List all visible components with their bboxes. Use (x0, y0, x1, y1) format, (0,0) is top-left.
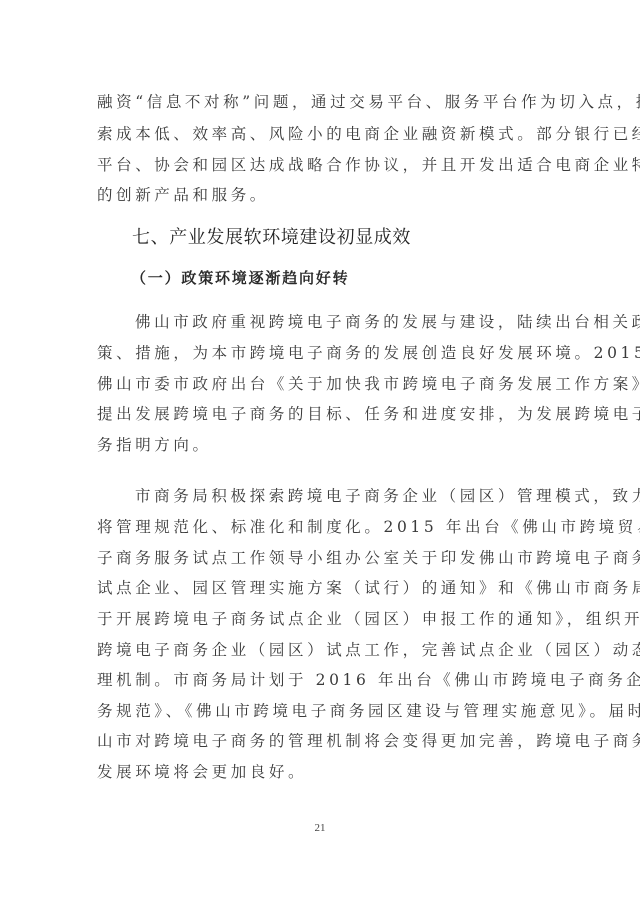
paragraph-line: 发展环境将会更加良好。 (97, 762, 547, 782)
paragraph-line: 将管理规范化、标准化和制度化。2015 年出台《佛山市跨境贸易电 (97, 517, 547, 537)
paragraph-line: 提出发展跨境电子商务的目标、任务和进度安排，为发展跨境电子商 (97, 404, 547, 424)
paragraph-line: 务规范》、《佛山市跨境电子商务园区建设与管理实施意见》。届时佛 (97, 701, 547, 721)
paragraph-line: 子商务服务试点工作领导小组办公室关于印发佛山市跨境电子商务 (97, 548, 547, 568)
paragraph-line: 融资“信息不对称”问题，通过交易平台、服务平台作为切入点，探 (97, 92, 547, 112)
paragraph-line: 市商务局积极探索跨境电子商务企业（园区）管理模式，致力于 (135, 486, 585, 506)
paragraph-line: 山市对跨境电子商务的管理机制将会变得更加完善，跨境电子商务的 (97, 731, 547, 751)
paragraph-line: 佛山市委市政府出台《关于加快我市跨境电子商务发展工作方案》， (97, 374, 547, 394)
paragraph-line: 于开展跨境电子商务试点企业（园区）申报工作的通知》，组织开展 (97, 609, 547, 629)
paragraph-line: 策、措施，为本市跨境电子商务的发展创造良好发展环境。2015 年 (97, 343, 547, 363)
paragraph-line: 的创新产品和服务。 (97, 185, 547, 205)
paragraph-line: 索成本低、效率高、风险小的电商企业融资新模式。部分银行已经与 (97, 124, 547, 144)
paragraph-line: 跨境电子商务企业（园区）试点工作，完善试点企业（园区）动态管 (97, 640, 547, 660)
subsection-heading: （一）政策环境逐渐趋向好转 (131, 268, 349, 288)
page-number: 21 (0, 822, 640, 834)
paragraph-line: 试点企业、园区管理实施方案（试行）的通知》和《佛山市商务局关 (97, 578, 547, 598)
document-page: 融资“信息不对称”问题，通过交易平台、服务平台作为切入点，探 索成本低、效率高、… (0, 0, 640, 905)
section-heading: 七、产业发展软环境建设初显成效 (132, 227, 411, 249)
paragraph-line: 佛山市政府重视跨境电子商务的发展与建设，陆续出台相关政 (135, 312, 585, 332)
paragraph-line: 理机制。市商务局计划于 2016 年出台《佛山市跨境电子商务企业服 (97, 670, 547, 690)
paragraph-line: 务指明方向。 (97, 435, 547, 455)
paragraph-line: 平台、协会和园区达成战略合作协议，并且开发出适合电商企业特点 (97, 155, 547, 175)
